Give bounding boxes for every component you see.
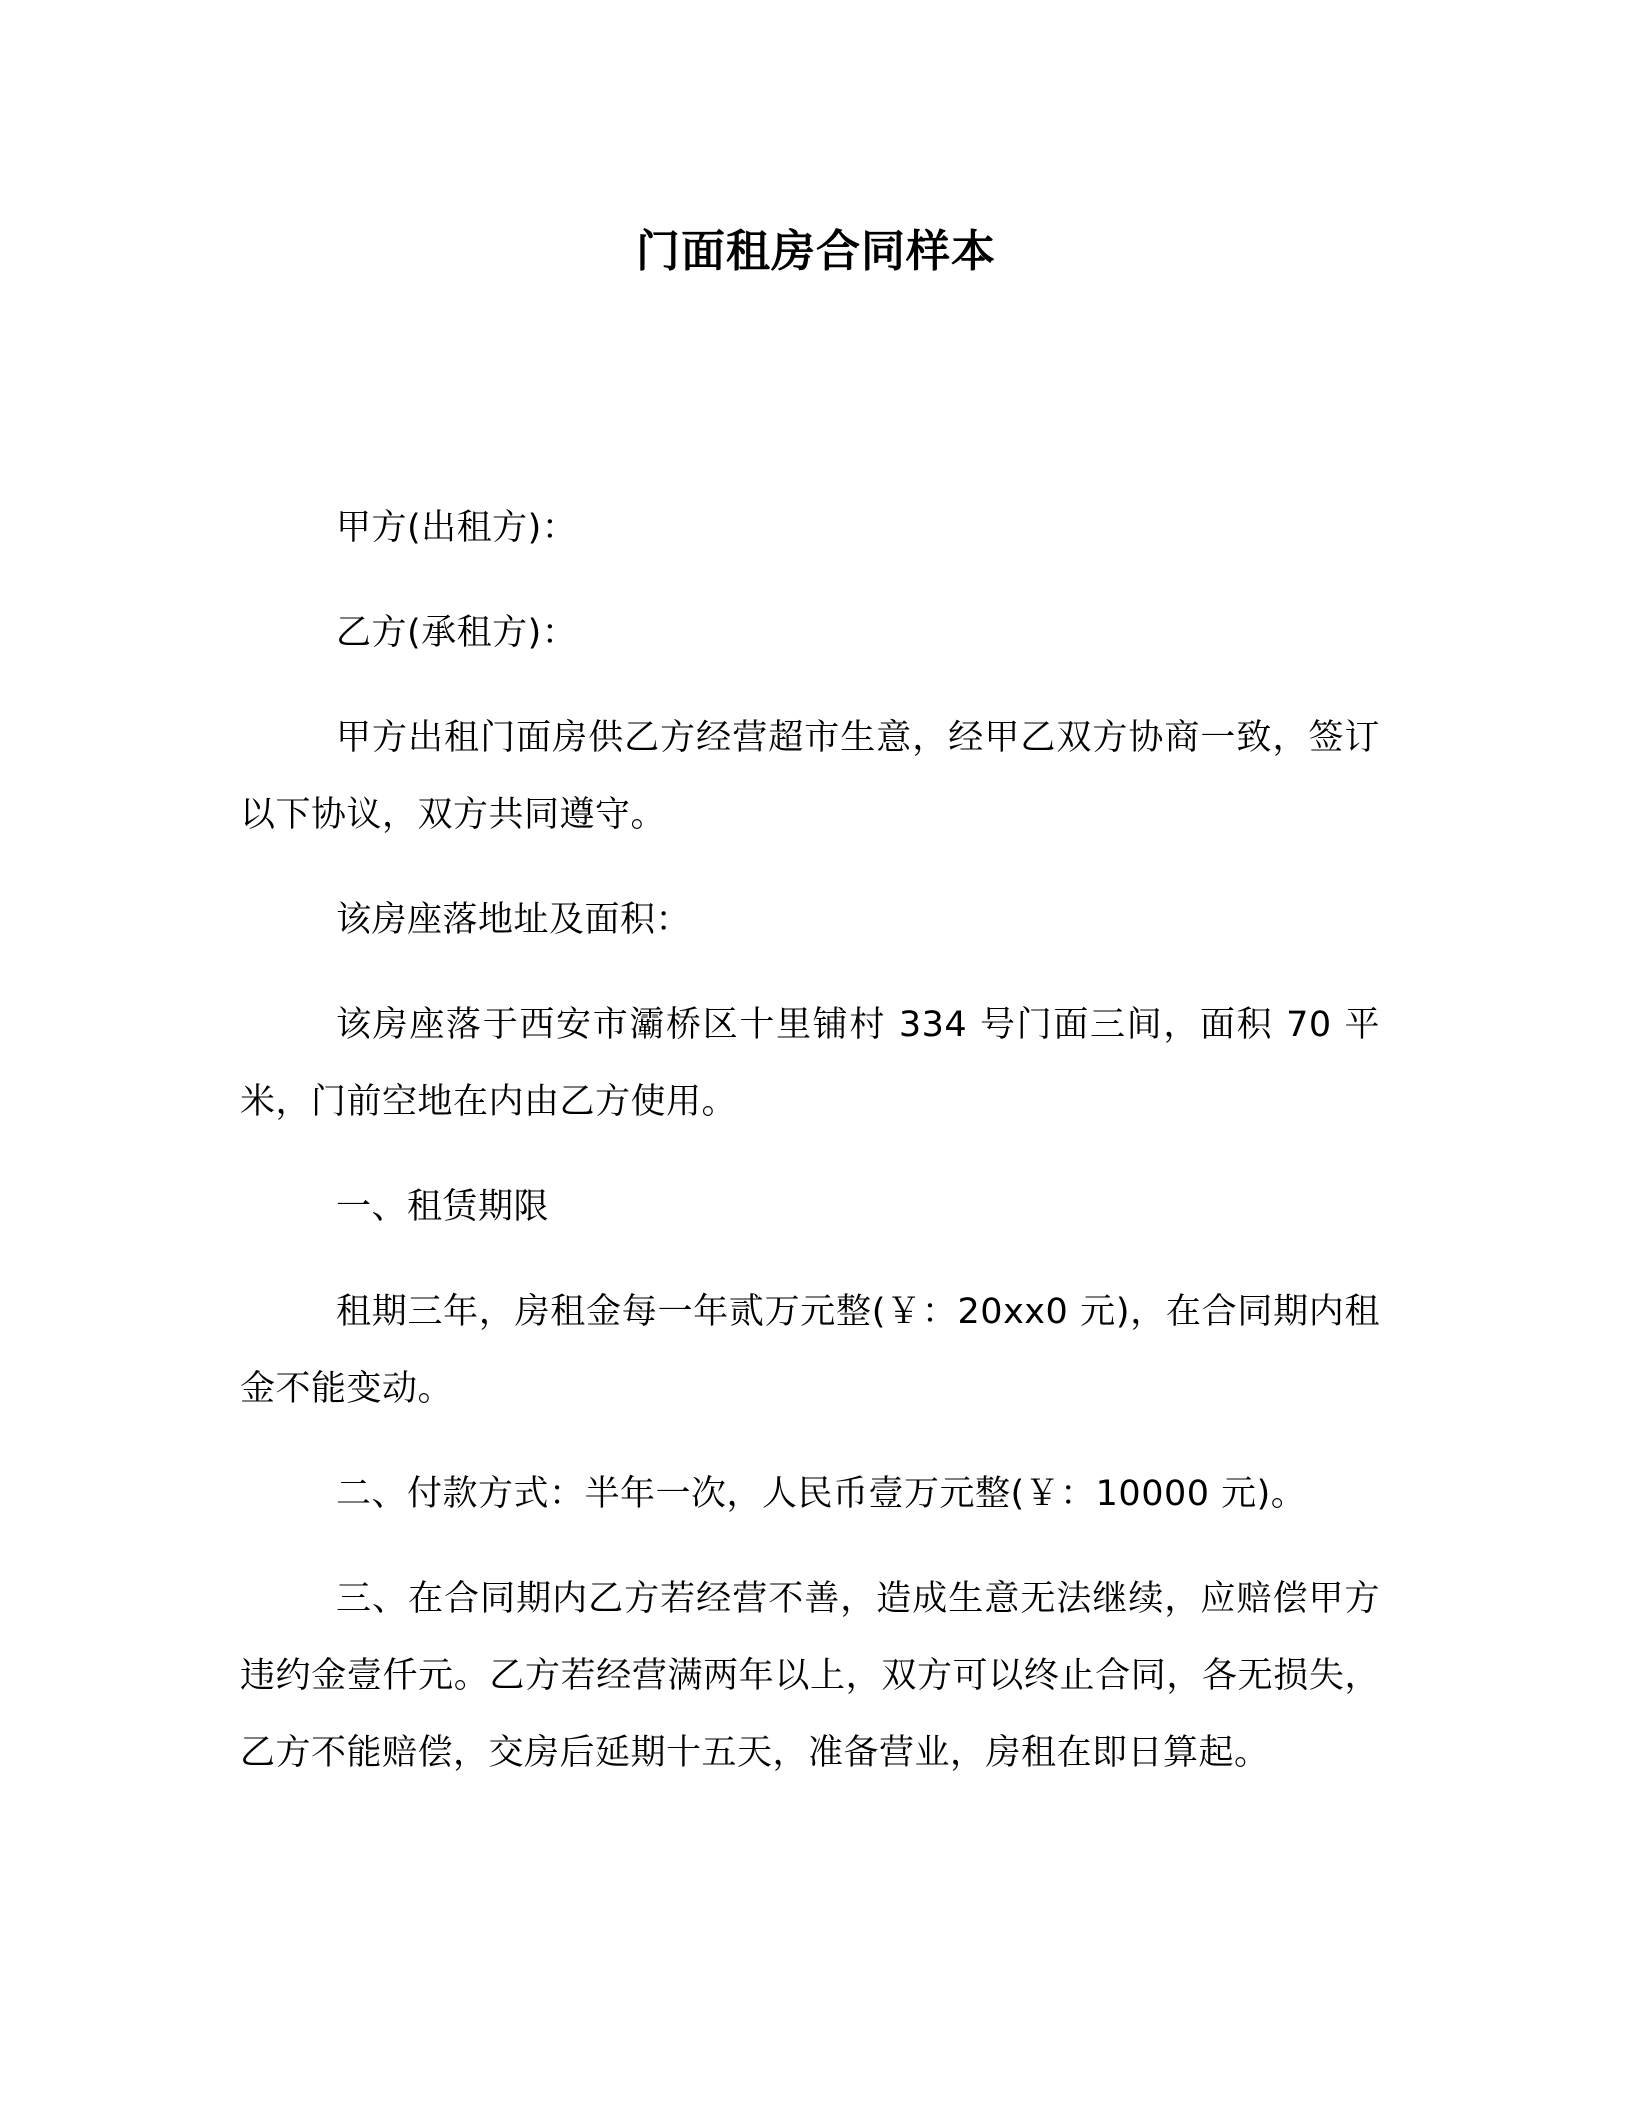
address-heading: 该房座落地址及面积：	[240, 882, 1380, 959]
document-page: 门面租房合同样本 甲方(出租方)： 乙方(承租方)： 甲方出租门面房供乙方经营超…	[0, 0, 1632, 2112]
section-1-heading: 一、租赁期限	[240, 1169, 1380, 1246]
section-2-payment: 二、付款方式：半年一次，人民币壹万元整(￥：10000 元)。	[240, 1456, 1380, 1533]
section-1-body: 租期三年，房租金每一年贰万元整(￥：20xx0 元)，在合同期内租金不能变动。	[240, 1274, 1380, 1428]
section-3-termination: 三、在合同期内乙方若经营不善，造成生意无法继续，应赔偿甲方违约金壹仟元。乙方若经…	[240, 1561, 1380, 1792]
party-b-line: 乙方(承租方)：	[240, 595, 1380, 672]
intro-paragraph: 甲方出租门面房供乙方经营超市生意，经甲乙双方协商一致，签订以下协议，双方共同遵守…	[240, 700, 1380, 854]
document-title: 门面租房合同样本	[0, 222, 1632, 282]
party-a-line: 甲方(出租方)：	[240, 490, 1380, 567]
document-body: 甲方(出租方)： 乙方(承租方)： 甲方出租门面房供乙方经营超市生意，经甲乙双方…	[240, 490, 1380, 1820]
address-detail-paragraph: 该房座落于西安市灞桥区十里铺村 334 号门面三间，面积 70 平米，门前空地在…	[240, 987, 1380, 1141]
